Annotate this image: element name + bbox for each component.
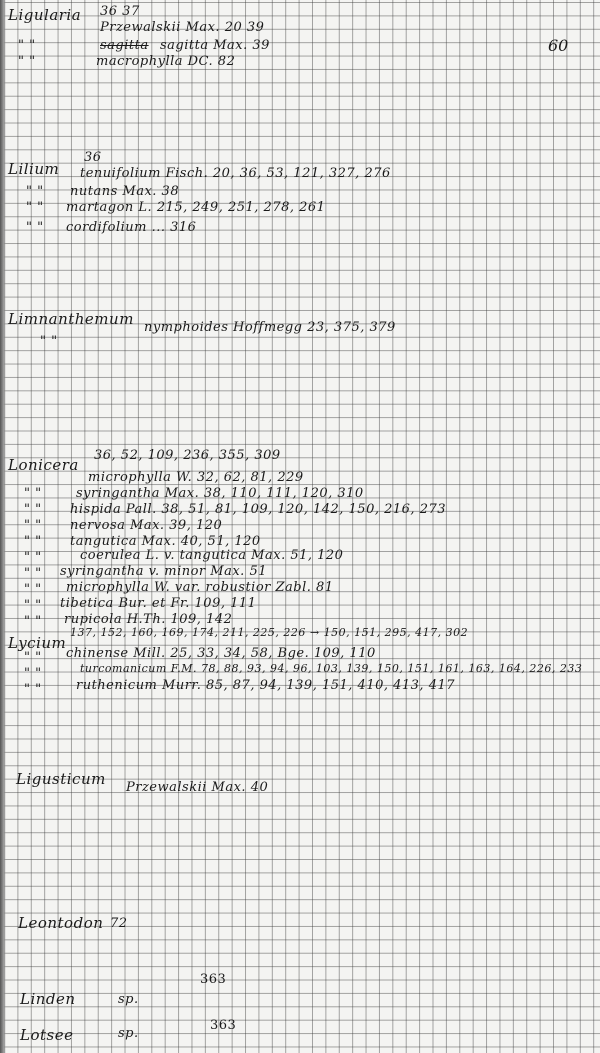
ditto-mark: " " (26, 200, 44, 215)
genus-ligularia: Ligularia (8, 6, 81, 24)
species-entry: Przewalskii Max. 20 39 (100, 20, 264, 35)
ditto-mark: " " (24, 566, 42, 581)
ditto-mark: " " (24, 614, 42, 629)
genus-pages: 36 (84, 150, 102, 165)
abbr: sp. (118, 1026, 139, 1041)
genus-pages: 363 (200, 972, 226, 987)
genus-lilium: Lilium (8, 160, 59, 178)
species-entry: nervosa Max. 39, 120 (70, 518, 222, 533)
species-entry: syringantha Max. 38, 110, 111, 120, 310 (76, 486, 364, 501)
ditto-mark: " " (24, 518, 42, 533)
genus-lonicera: Lonicera (8, 456, 79, 474)
genus-lotsee: Lotsee (20, 1026, 73, 1044)
ditto-mark: " " (18, 54, 36, 69)
ditto-mark: " " (26, 184, 44, 199)
species-entry: Przewalskii Max. 40 (126, 780, 268, 795)
ditto-mark: " " (24, 682, 42, 697)
species-entry: nutans Max. 38 (70, 184, 179, 199)
species-entry: ruthenicum Murr. 85, 87, 94, 139, 151, 4… (76, 678, 455, 693)
genus-leontodon: Leontodon (18, 914, 103, 932)
species-entry: coerulea L. v. tangutica Max. 51, 120 (80, 548, 343, 563)
ditto-mark: " " (24, 502, 42, 517)
page-binding-edge (0, 0, 6, 1053)
ditto-mark: " " (24, 486, 42, 501)
species-entry: tangutica Max. 40, 51, 120 (70, 534, 261, 549)
species-entry: microphylla W. var. robustior Zabl. 81 (66, 580, 334, 595)
species-entry: martagon L. 215, 249, 251, 278, 261 (66, 200, 325, 215)
genus-ligusticum: Ligusticum (16, 770, 106, 788)
ditto-mark: " " (24, 534, 42, 549)
species-entry: macrophylla DC. 82 (96, 54, 235, 69)
genus-pages: 36, 52, 109, 236, 355, 309 (94, 448, 281, 463)
ditto-mark: " " (24, 582, 42, 597)
genus-pages: 72 (110, 916, 128, 931)
ditto-mark: " " (24, 650, 42, 665)
genus-pages: 137, 152, 160, 169, 174, 211, 225, 226 →… (70, 626, 468, 639)
genus-linden: Linden (20, 990, 76, 1008)
ditto-mark: " " (24, 550, 42, 565)
species-entry: turcomanicum F.M. 78, 88, 93, 94, 96, 10… (80, 662, 582, 675)
species-entry: hispida Pall. 38, 51, 81, 109, 120, 142,… (70, 502, 446, 517)
species-entry: syringantha v. minor Max. 51 (60, 564, 267, 579)
species-entry: tenuifolium Fisch. 20, 36, 53, 121, 327,… (80, 166, 391, 181)
struck-word: sagitta (100, 38, 149, 53)
species-entry: chinense Mill. 25, 33, 34, 58, Bge. 109,… (66, 646, 376, 661)
genus-pages: 363 (210, 1018, 236, 1033)
species-entry: sagitta Max. 39 (160, 38, 270, 53)
ditto-mark: " " (24, 598, 42, 613)
species-entry: tibetica Bur. et Fr. 109, 111 (60, 596, 256, 611)
species-entry: rupicola H.Th. 109, 142 (64, 612, 232, 627)
ditto-mark: " " (26, 220, 44, 235)
species-entry: microphylla W. 32, 62, 81, 229 (88, 470, 304, 485)
ditto-mark: " " (24, 666, 42, 681)
abbr: sp. (118, 992, 139, 1007)
page-number: 60 (548, 36, 568, 55)
ditto-mark: " " (40, 334, 58, 349)
genus-pages: 36 37 (100, 4, 140, 19)
species-entry: nymphoides Hoffmegg 23, 375, 379 (144, 320, 396, 335)
genus-limnanthemum: Limnanthemum (8, 310, 134, 328)
species-entry: cordifolium ... 316 (66, 220, 196, 235)
ditto-mark: " " (18, 38, 36, 53)
